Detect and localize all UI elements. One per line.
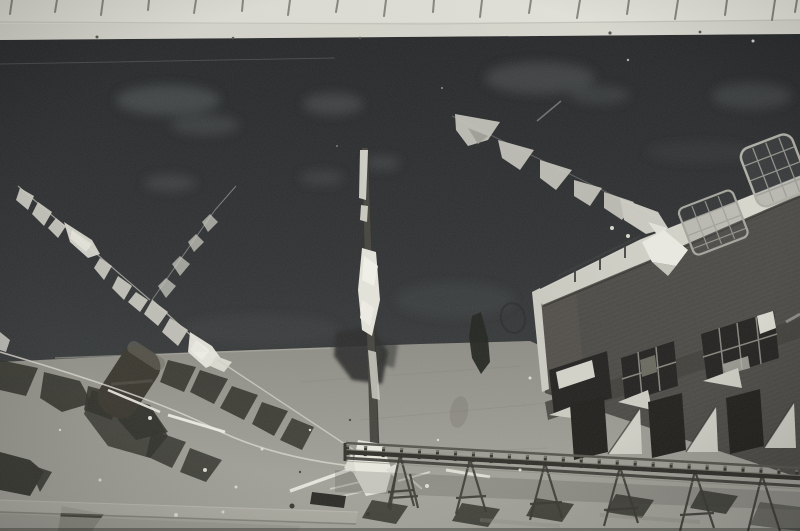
photo-canvas xyxy=(0,0,800,531)
photo-finish-overlays xyxy=(0,0,800,531)
photograph xyxy=(0,0,800,531)
vignette xyxy=(0,0,800,531)
